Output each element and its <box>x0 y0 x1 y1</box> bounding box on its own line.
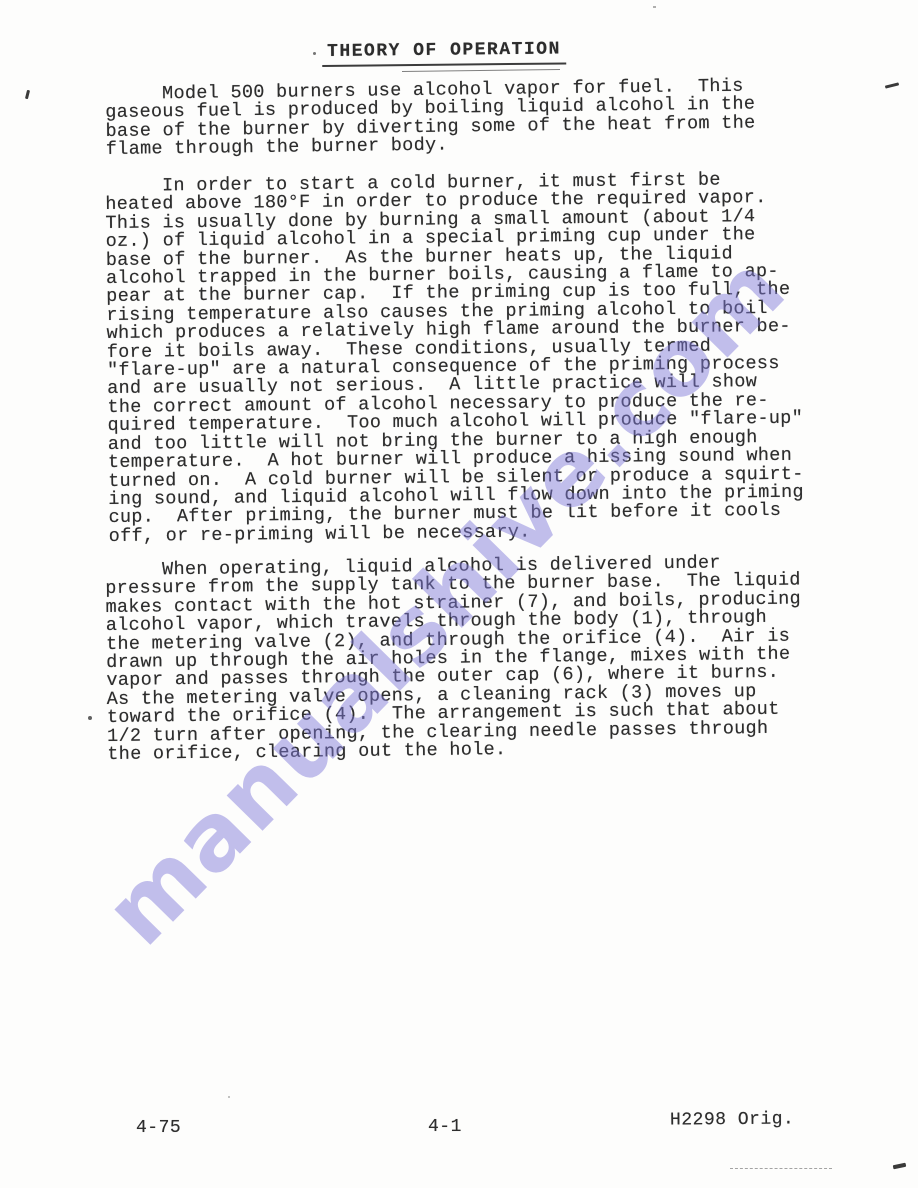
scanned-document-page: THEORY OF OPERATION Model 500 burners us… <box>0 0 918 1188</box>
page-title: THEORY OF OPERATION <box>322 39 566 67</box>
footer-document-id: H2298 Orig. <box>670 1109 794 1130</box>
title-underline <box>402 69 560 72</box>
scan-artifact-title-dot <box>313 52 316 55</box>
scan-artifact-speck <box>653 6 656 8</box>
footer-date: 4-75 <box>136 1118 181 1138</box>
scan-artifact-margin-dot <box>88 716 92 720</box>
text-line: off, or re-priming will be necessary. <box>109 520 805 546</box>
scan-artifact-bottom-mark <box>893 1163 907 1170</box>
scan-artifact-dashed-line <box>730 1168 832 1169</box>
scan-artifact-left-tick <box>25 90 30 99</box>
paragraph-operation: When operating, liquid alcohol is delive… <box>105 554 803 765</box>
paragraph-priming: In order to start a cold burner, it must… <box>105 171 804 546</box>
scan-artifact-top-dash <box>885 82 899 88</box>
scan-artifact-speck <box>228 1096 230 1098</box>
paragraph-intro: Model 500 burners use alcohol vapor for … <box>105 77 756 159</box>
footer-page-number: 4-1 <box>428 1117 462 1137</box>
